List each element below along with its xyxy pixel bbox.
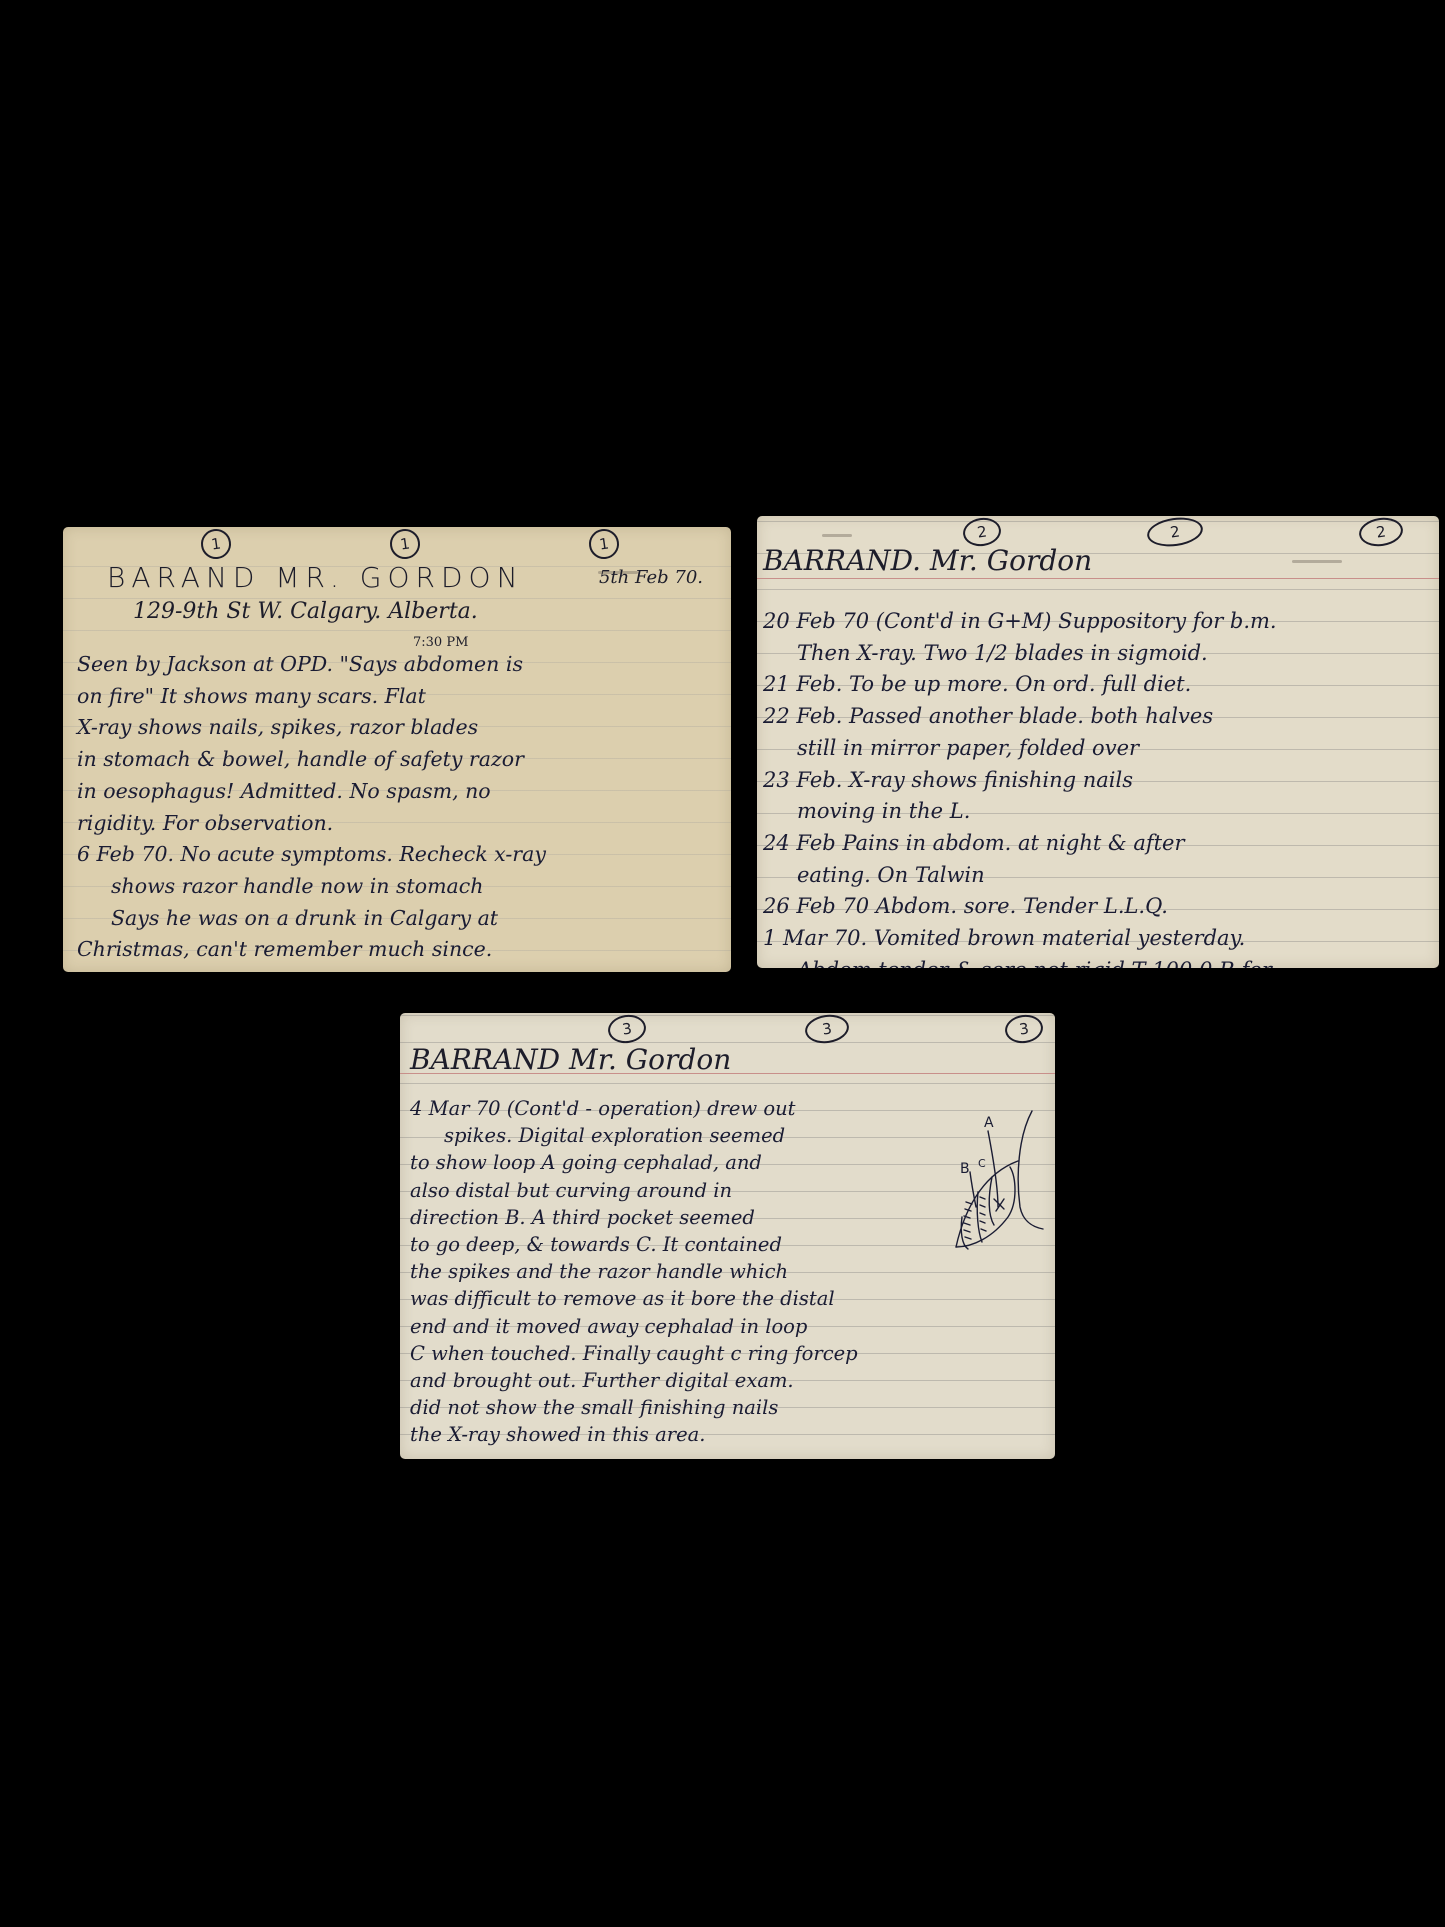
index-card-page-3: 3 3 3 BARRAND Mr. Gordon 4 Mar 70 (Cont'… bbox=[400, 1013, 1055, 1459]
circled-page-number: 3 bbox=[1003, 1013, 1045, 1046]
note-line: the X-ray showed in this area. bbox=[410, 1421, 858, 1448]
clinical-notes: 4 Mar 70 (Cont'd - operation) drew out s… bbox=[410, 1095, 858, 1449]
note-line: Says he was on a drunk in Calgary at bbox=[77, 903, 546, 935]
circled-page-number: 1 bbox=[587, 527, 621, 561]
paper-smudge bbox=[822, 534, 852, 537]
note-line: 4 Mar 70 (Cont'd - operation) drew out bbox=[410, 1095, 858, 1122]
note-line: to show loop A going cephalad, and bbox=[410, 1149, 858, 1176]
note-line: 26 Feb 70 Abdom. sore. Tender L.L.Q. bbox=[763, 891, 1277, 923]
anatomical-loop-sketch: A B C bbox=[948, 1097, 1055, 1267]
patient-name: BARAND MR. GORDON bbox=[107, 561, 524, 594]
sketch-label-a: A bbox=[984, 1115, 994, 1131]
circled-page-number: 3 bbox=[606, 1013, 648, 1046]
note-line: end and it moved away cephalad in loop bbox=[410, 1313, 858, 1340]
sketch-label-c: C bbox=[978, 1157, 986, 1170]
clinical-notes: Seen by Jackson at OPD. "Says abdomen is… bbox=[77, 649, 546, 972]
note-line: in oesophagus! Admitted. No spasm, no bbox=[77, 776, 546, 808]
circled-page-number: 2 bbox=[1357, 516, 1404, 549]
note-line: the spikes and the razor handle which bbox=[410, 1258, 858, 1285]
note-line: 24 Feb Pains in abdom. at night & after bbox=[763, 828, 1277, 860]
patient-name: BARRAND Mr. Gordon bbox=[410, 1043, 731, 1076]
circled-page-number: 3 bbox=[803, 1013, 850, 1046]
note-line: Then X-ray. Two 1/2 blades in sigmoid. bbox=[763, 638, 1277, 670]
note-line: direction B. A third pocket seemed bbox=[410, 1204, 858, 1231]
note-line: spikes. Digital exploration seemed bbox=[410, 1122, 858, 1149]
note-line: 1 Mar 70. Vomited brown material yesterd… bbox=[763, 923, 1277, 955]
note-line: Seen by Jackson at OPD. "Says abdomen is bbox=[77, 649, 546, 681]
note-line: eating. On Talwin bbox=[763, 860, 1277, 892]
patient-address: 129-9th St W. Calgary. Alberta. bbox=[133, 599, 478, 624]
note-line: Thinks he hitched ride on truck to here bbox=[77, 966, 546, 972]
paper-smudge bbox=[1292, 560, 1342, 563]
note-line: 23 Feb. X-ray shows finishing nails bbox=[763, 765, 1277, 797]
note-line: X-ray shows nails, spikes, razor blades bbox=[77, 712, 546, 744]
note-line: in stomach & bowel, handle of safety raz… bbox=[77, 744, 546, 776]
note-line: did not show the small finishing nails bbox=[410, 1394, 858, 1421]
circled-page-number: 1 bbox=[388, 527, 422, 561]
page-number-marks: 1 1 1 bbox=[63, 529, 731, 563]
entry-date: 5th Feb 70. bbox=[599, 567, 703, 588]
note-line: also distal but curving around in bbox=[410, 1177, 858, 1204]
note-line: was difficult to remove as it bore the d… bbox=[410, 1285, 858, 1312]
circled-page-number: 2 bbox=[1145, 516, 1204, 550]
index-card-page-1: 1 1 1 BARAND MR. GORDON 129-9th St W. Ca… bbox=[63, 527, 731, 972]
note-line: C when touched. Finally caught c ring fo… bbox=[410, 1340, 858, 1367]
sketch-label-b: B bbox=[960, 1161, 970, 1177]
note-line: to go deep, & towards C. It contained bbox=[410, 1231, 858, 1258]
patient-name: BARRAND. Mr. Gordon bbox=[763, 544, 1092, 577]
note-line: moving in the L. bbox=[763, 796, 1277, 828]
note-line: Christmas, can't remember much since. bbox=[77, 934, 546, 966]
note-line: 21 Feb. To be up more. On ord. full diet… bbox=[763, 669, 1277, 701]
entry-time: 7:30 PM bbox=[413, 635, 468, 650]
note-line: 22 Feb. Passed another blade. both halve… bbox=[763, 701, 1277, 733]
clinical-notes: 20 Feb 70 (Cont'd in G+M) Suppository fo… bbox=[763, 606, 1277, 968]
note-line: on fire" It shows many scars. Flat bbox=[77, 681, 546, 713]
note-line: 20 Feb 70 (Cont'd in G+M) Suppository fo… bbox=[763, 606, 1277, 638]
index-card-page-2: 2 2 2 BARRAND. Mr. Gordon 20 Feb 70 (Con… bbox=[757, 516, 1439, 968]
note-line: rigidity. For observation. bbox=[77, 808, 546, 840]
note-line: 6 Feb 70. No acute symptoms. Recheck x-r… bbox=[77, 839, 546, 871]
note-line: and brought out. Further digital exam. bbox=[410, 1367, 858, 1394]
circled-page-number: 1 bbox=[199, 527, 233, 561]
note-line: shows razor handle now in stomach bbox=[77, 871, 546, 903]
note-line: Abdom tender & sore not rigid T 100.0 R … bbox=[763, 955, 1277, 968]
note-line: still in mirror paper, folded over bbox=[763, 733, 1277, 765]
bowel-loop-drawing-icon bbox=[948, 1097, 1055, 1267]
header-rule bbox=[757, 578, 1439, 579]
